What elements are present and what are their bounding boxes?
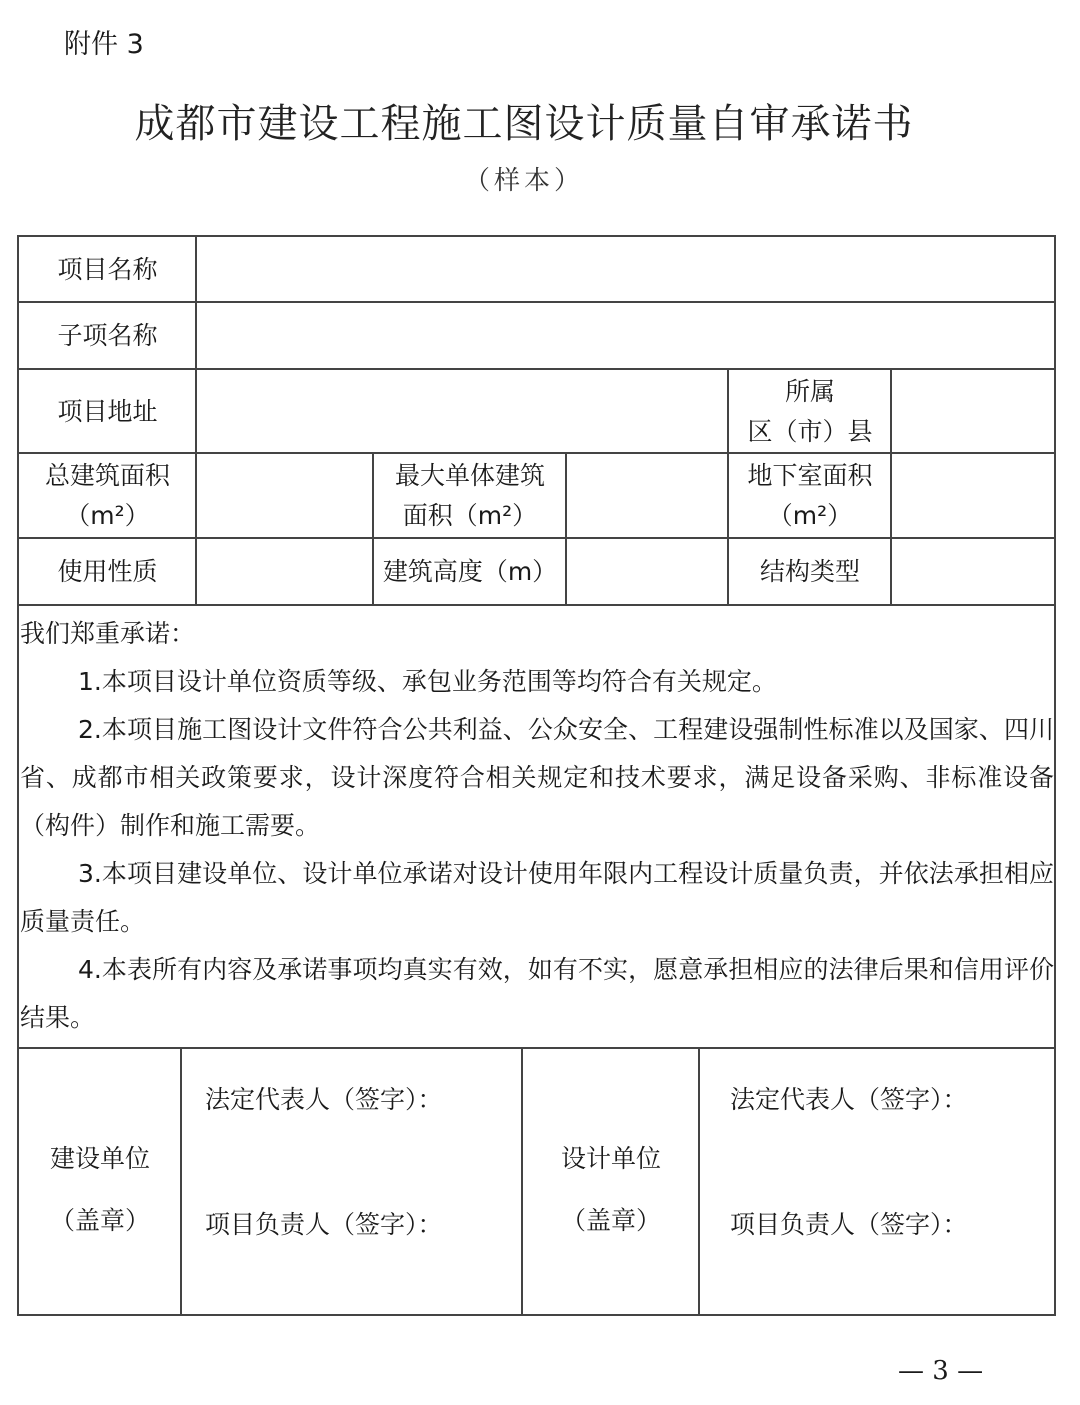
usage-label: 使用性质 bbox=[19, 539, 196, 605]
document-subtitle: （样本） bbox=[0, 160, 1048, 197]
usage-field[interactable] bbox=[197, 539, 373, 605]
basement-area-label-line1: 地下室面积 bbox=[747, 456, 872, 496]
district-label-line1: 所属 bbox=[785, 372, 835, 412]
max-single-area-label-line1: 最大单体建筑 bbox=[395, 456, 545, 496]
project-name-field[interactable] bbox=[197, 237, 1054, 302]
building-height-field[interactable] bbox=[567, 539, 728, 605]
construction-legal-rep-signature[interactable]: 法定代表人（签字）： bbox=[205, 1080, 443, 1116]
total-area-label: 总建筑面积 （m²） bbox=[19, 454, 196, 538]
total-area-field[interactable] bbox=[197, 454, 373, 538]
subitem-name-label: 子项名称 bbox=[19, 303, 196, 369]
structure-type-field[interactable] bbox=[892, 539, 1054, 605]
promise-item: 4.本表所有内容及承诺事项均真实有效，如有不实，愿意承担相应的法律后果和信用评价… bbox=[20, 946, 1054, 1042]
district-field[interactable] bbox=[892, 370, 1054, 453]
construction-unit-label: 建设单位 （盖章） bbox=[19, 1130, 181, 1250]
design-project-lead-signature[interactable]: 项目负责人（签字）： bbox=[730, 1205, 968, 1241]
promise-item: 1.本项目设计单位资质等级、承包业务范围等均符合有关规定。 bbox=[20, 658, 1054, 706]
district-label: 所属 区（市）县 bbox=[729, 370, 891, 453]
building-height-label: 建筑高度（m） bbox=[374, 539, 566, 605]
subitem-name-field[interactable] bbox=[197, 303, 1054, 369]
promise-item: 2.本项目施工图设计文件符合公共利益、公众安全、工程建设强制性标准以及国家、四川… bbox=[20, 706, 1054, 850]
basement-area-label: 地下室面积 （m²） bbox=[729, 454, 891, 538]
attachment-label: 附件 3 bbox=[64, 22, 144, 61]
structure-type-label: 结构类型 bbox=[729, 539, 891, 605]
project-address-label: 项目地址 bbox=[19, 370, 196, 453]
promise-item: 3.本项目建设单位、设计单位承诺对设计使用年限内工程设计质量负责，并依法承担相应… bbox=[20, 850, 1054, 946]
total-area-label-line2: （m²） bbox=[65, 496, 149, 536]
construction-unit-line1: 建设单位 bbox=[50, 1128, 150, 1190]
max-single-area-label-line2: 面积（m²） bbox=[403, 496, 537, 536]
design-unit-line1: 设计单位 bbox=[561, 1128, 661, 1190]
design-unit-line2: （盖章） bbox=[561, 1190, 661, 1252]
project-name-label: 项目名称 bbox=[19, 237, 196, 302]
page-number: — 3 — bbox=[898, 1356, 983, 1386]
design-legal-rep-signature[interactable]: 法定代表人（签字）： bbox=[730, 1080, 968, 1116]
total-area-label-line1: 总建筑面积 bbox=[45, 456, 170, 496]
promise-section: 我们郑重承诺： 1.本项目设计单位资质等级、承包业务范围等均符合有关规定。 2.… bbox=[20, 610, 1054, 1042]
row-divider bbox=[18, 1047, 1055, 1049]
construction-unit-line2: （盖章） bbox=[50, 1190, 150, 1252]
document-title: 成都市建设工程施工图设计质量自审承诺书 bbox=[0, 92, 1048, 149]
max-single-area-field[interactable] bbox=[567, 454, 728, 538]
basement-area-field[interactable] bbox=[892, 454, 1054, 538]
district-label-line2: 区（市）县 bbox=[747, 412, 872, 452]
design-unit-label: 设计单位 （盖章） bbox=[523, 1130, 699, 1250]
max-single-area-label: 最大单体建筑 面积（m²） bbox=[374, 454, 566, 538]
construction-project-lead-signature[interactable]: 项目负责人（签字）： bbox=[205, 1205, 443, 1241]
project-address-field[interactable] bbox=[197, 370, 728, 453]
basement-area-label-line2: （m²） bbox=[768, 496, 852, 536]
promise-heading: 我们郑重承诺： bbox=[20, 610, 1054, 658]
